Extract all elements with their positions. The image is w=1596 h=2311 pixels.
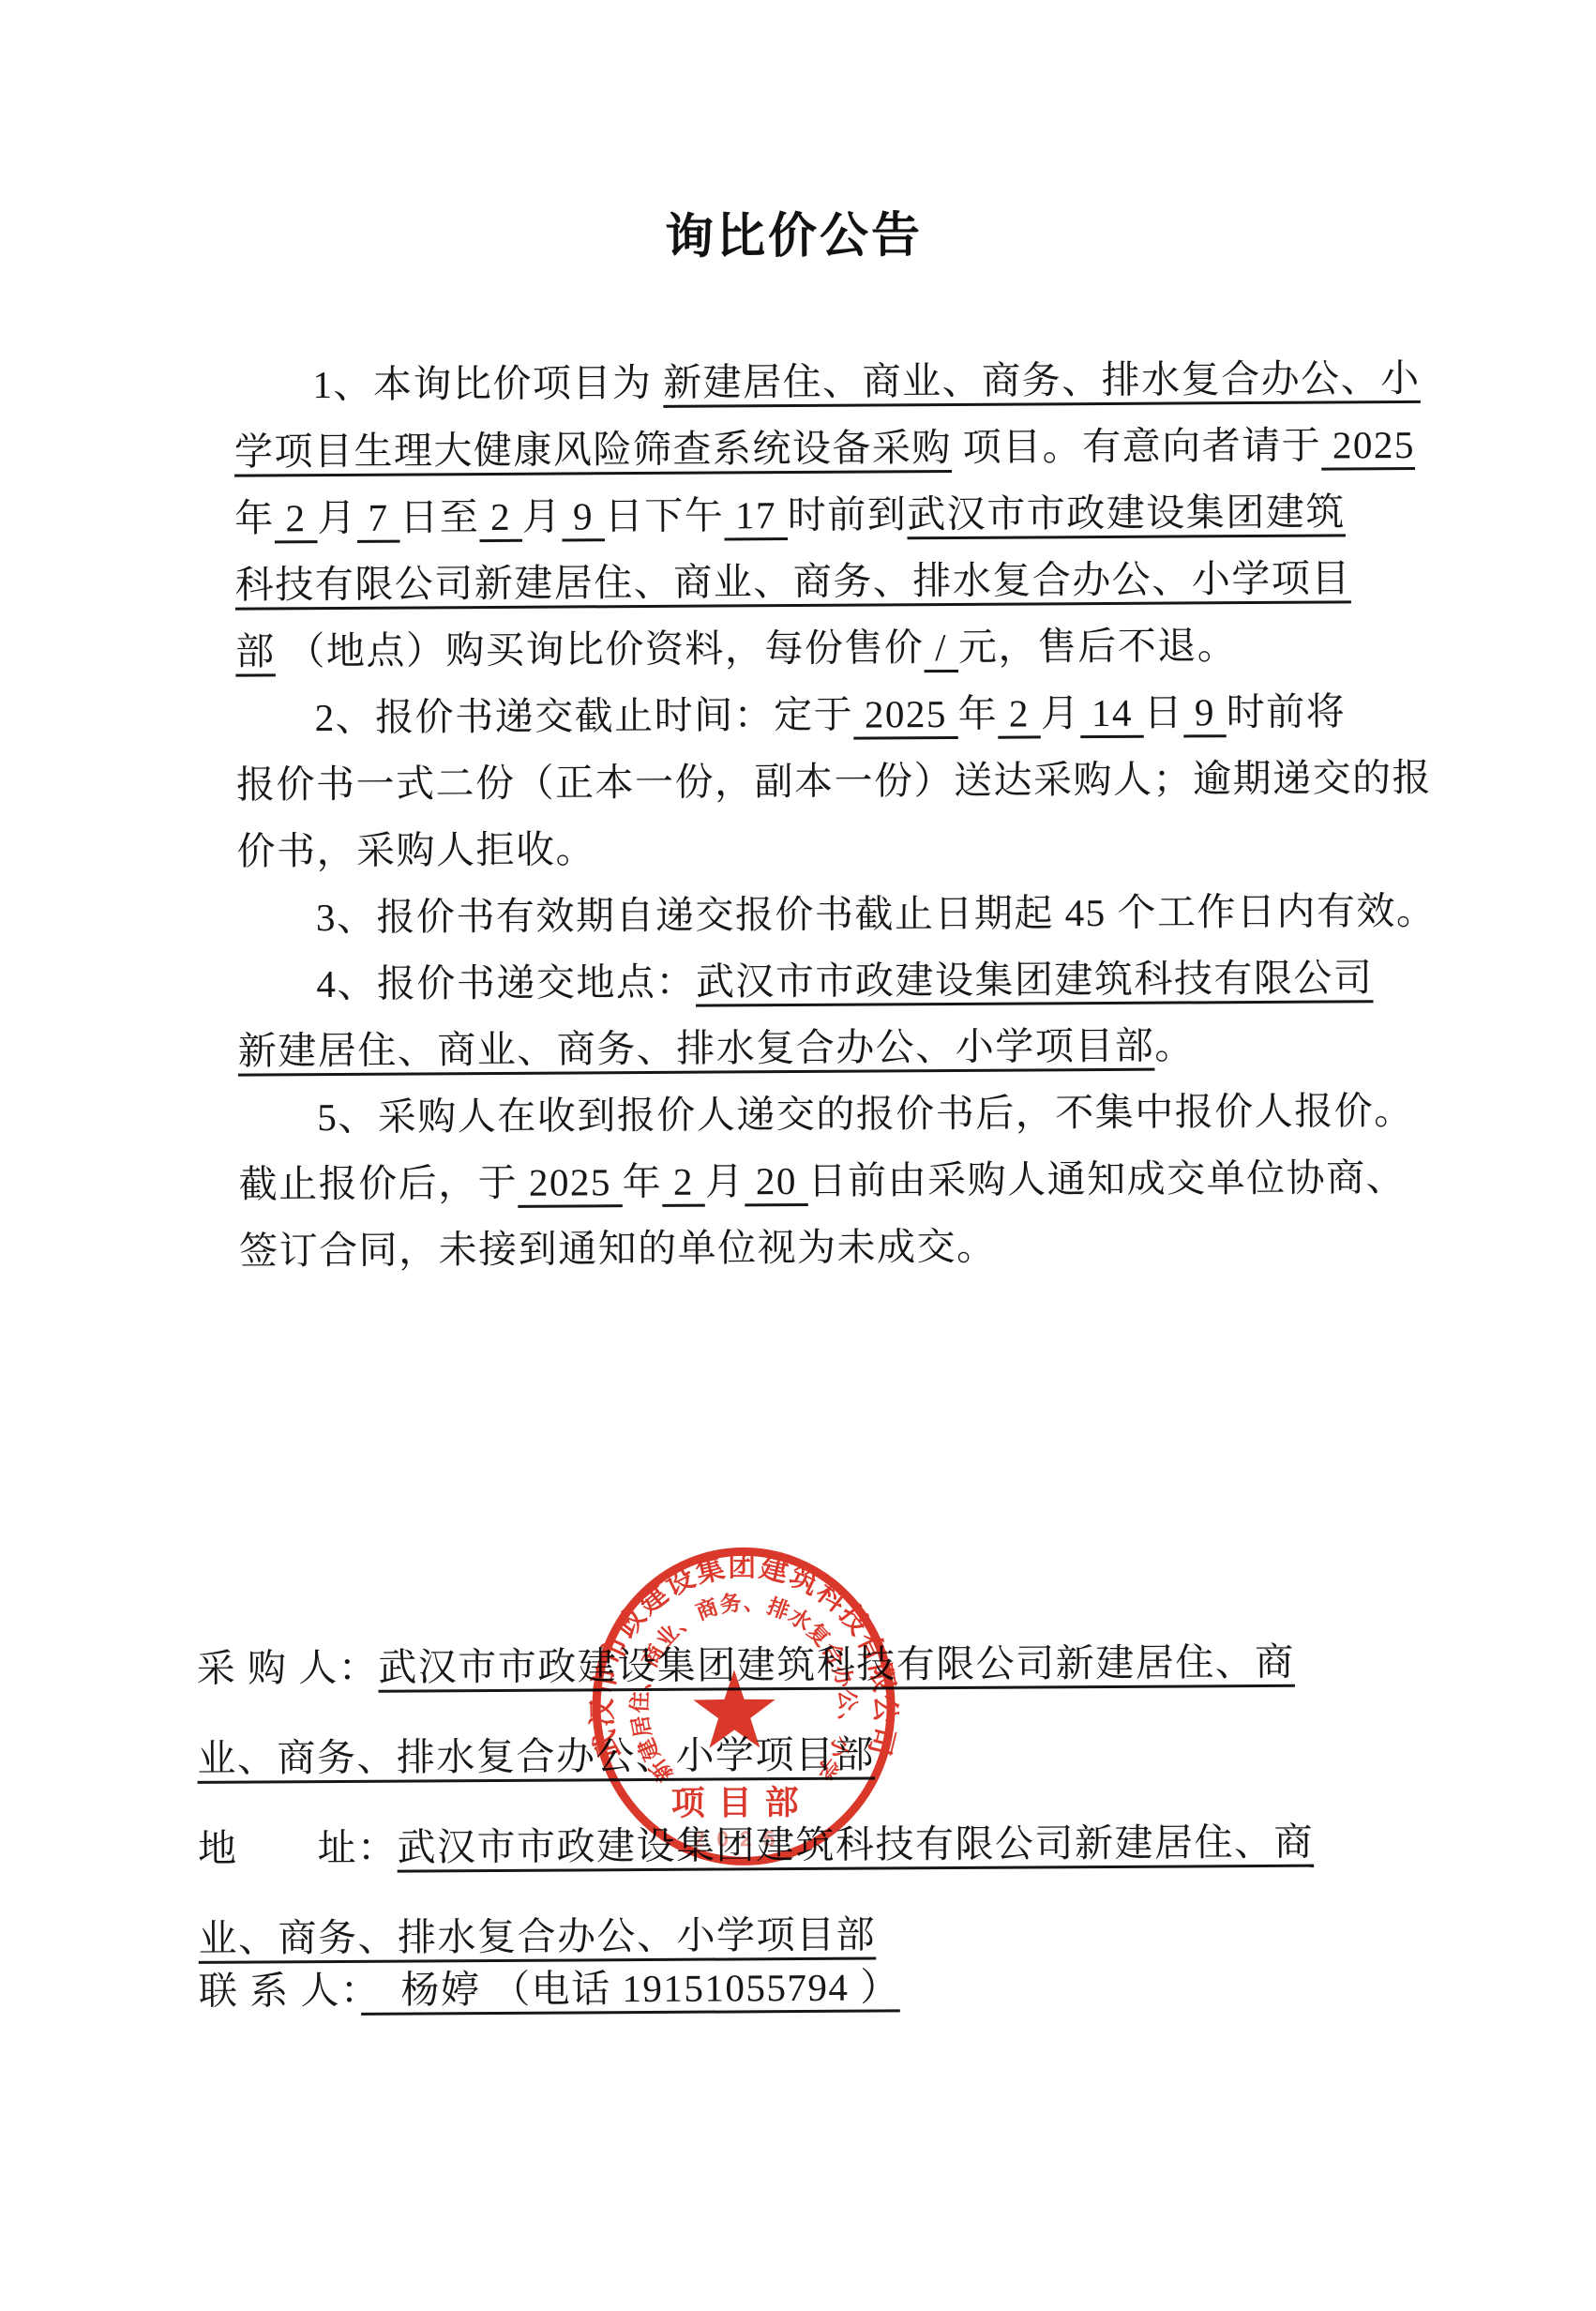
seal-date-fragment: 2025 [693,1826,786,1851]
text-line: 4、报价书递交地点：武汉市市政建设集团建筑科技有限公司 [237,944,1372,1018]
official-seal-stamp: 武汉市市政建设集团建筑科技有限公司 新建居住、商业、商务、排水复合办公、小学 项… [583,1543,904,1869]
underlined-blank-text: 17 [724,493,788,536]
plain-text: 联 系 人： [199,1969,361,2013]
underlined-blank-text: / [924,626,958,669]
text-line: 联 系 人： 杨婷 （电话 19151055794 ） [199,1939,1409,2036]
plain-text: 年 [957,692,998,735]
plain-text: 价书，采购人拒收。 [236,827,595,872]
underlined-blank-text: 14 [1080,691,1144,734]
text-line: 1、本询比价项目为 新建居住、商业、商务、排水复合办公、小 [233,345,1368,418]
page-title: 询比价公告 [0,204,1592,269]
text-line: 部 （地点）购买询比价资料，每份售价 / 元，售后不退。 [235,612,1370,685]
underlined-blank-text: 2 [275,496,318,539]
plain-text: 时前到 [788,492,908,536]
text-line: 学项目生理大健康风险筛查系统设备采购 项目。有意向者请于 2025 [234,412,1369,485]
plain-text: 截止报价后，于 [239,1161,519,1206]
plain-text: 地 址： [198,1826,398,1870]
underlined-blank-text: 新建居住、商业、商务、排水复合办公、小学项目部 [238,1024,1155,1073]
plain-text: 5、采购人在收到报价人递交的报价书后，不集中报价人报价。 [317,1089,1414,1139]
plain-text: （地点）购买询比价资料，每份售价 [276,626,925,672]
underlined-blank-text: 杨婷 （电话 19151055794 ） [361,1965,900,2012]
text-line: 5、采购人在收到报价人递交的报价书后，不集中报价人报价。 [238,1078,1373,1151]
plain-text: 日至 [399,495,479,539]
text-line: 年 2 月 7 日至 2 月 9 日下午 17 时前到武汉市市政建设集团建筑 [234,478,1369,551]
underlined-blank-text: 2025 [1321,423,1415,467]
text-line: 3、报价书有效期自递交报价书截止日期起 45 个工作日内有效。 [237,878,1372,951]
text-line: 签订合同，未接到通知的单位视为未成交。 [239,1211,1374,1284]
plain-text: 报价书一式二份（正本一份，副本一份）送达采购人；逾期递交的报 [236,756,1432,807]
plain-text: 日 [1143,690,1183,733]
document-page: 询比价公告 1、本询比价项目为 新建居住、商业、商务、排水复合办公、小学项目生理… [0,0,1596,2311]
underlined-blank-text: 2025 [518,1160,623,1204]
star-icon [693,1669,775,1748]
plain-text: 4、报价书递交地点： [316,960,696,1005]
underlined-blank-text: 2 [662,1160,705,1203]
underlined-blank-text: 部 [235,629,276,672]
plain-text: 月 [522,495,563,538]
seal-bottom-label: 项目部 [671,1783,812,1822]
plain-text: 年 [234,496,275,539]
announcement-body: 1、本询比价项目为 新建居住、商业、商务、排水复合办公、小学项目生理大健康风险筛… [233,345,1374,1284]
plain-text: 月 [317,496,357,539]
plain-text: 月 [705,1159,745,1202]
text-line: 截止报价后，于 2025 年 2 月 20 日前由采购人通知成交单位协商、 [238,1144,1373,1217]
plain-text: 采 购 人： [197,1646,379,1690]
text-line: 价书，采购人拒收。 [236,811,1371,884]
plain-text: 1、本询比价项目为 [312,361,663,406]
underlined-blank-text: 2025 [853,692,958,736]
plain-text: 项目。有意向者请于 [952,424,1322,469]
plain-text: 日下午 [605,493,725,537]
plain-text: 年 [623,1160,663,1203]
underlined-blank-text: 新建居住、商业、商务、排水复合办公、小 [663,356,1421,404]
underlined-blank-text: 7 [357,496,400,539]
text-line: 2、报价书递交截止时间：定于 2025 年 2 月 14 日 9 时前将 [235,678,1370,751]
underlined-blank-text: 科技有限公司新建居住、商业、商务、排水复合办公、小学项目 [235,556,1351,606]
plain-text: 。 [1154,1023,1195,1066]
plain-text: 2、报价书递交截止时间：定于 [315,693,854,740]
underlined-blank-text: 20 [745,1159,808,1202]
underlined-blank-text: 2 [479,495,522,538]
text-line: 科技有限公司新建居住、商业、商务、排水复合办公、小学项目 [235,545,1370,618]
text-line: 报价书一式二份（正本一份，副本一份）送达采购人；逾期递交的报 [236,745,1371,818]
scanned-content: 询比价公告 1、本询比价项目为 新建居住、商业、商务、排水复合办公、小学项目生理… [0,0,1596,2311]
underlined-blank-text: 9 [1183,690,1227,733]
underlined-blank-text: 9 [562,494,605,537]
plain-text: 时前将 [1226,689,1346,733]
plain-text: 月 [1040,691,1080,734]
underlined-blank-text: 武汉市市政建设集团建筑 [907,490,1346,536]
underlined-blank-text: 学项目生理大健康风险筛查系统设备采购 [234,426,952,474]
underlined-blank-text: 武汉市市政建设集团建筑科技有限公司 [696,956,1374,1003]
plain-text: 元，售后不退。 [958,624,1238,669]
underlined-blank-text: 2 [998,691,1041,734]
plain-text: 日前由采购人通知成交单位协商、 [808,1155,1407,1202]
plain-text: 3、报价书有效期自递交报价书截止日期起 45 个工作日内有效。 [316,889,1437,939]
text-line: 新建居住、商业、商务、排水复合办公、小学项目部。 [238,1011,1373,1084]
plain-text: 签订合同，未接到通知的单位视为未成交。 [239,1225,997,1273]
seal-inner-arc-text: 新建居住、商业、商务、排水复合办公、小学 [626,1589,861,1786]
